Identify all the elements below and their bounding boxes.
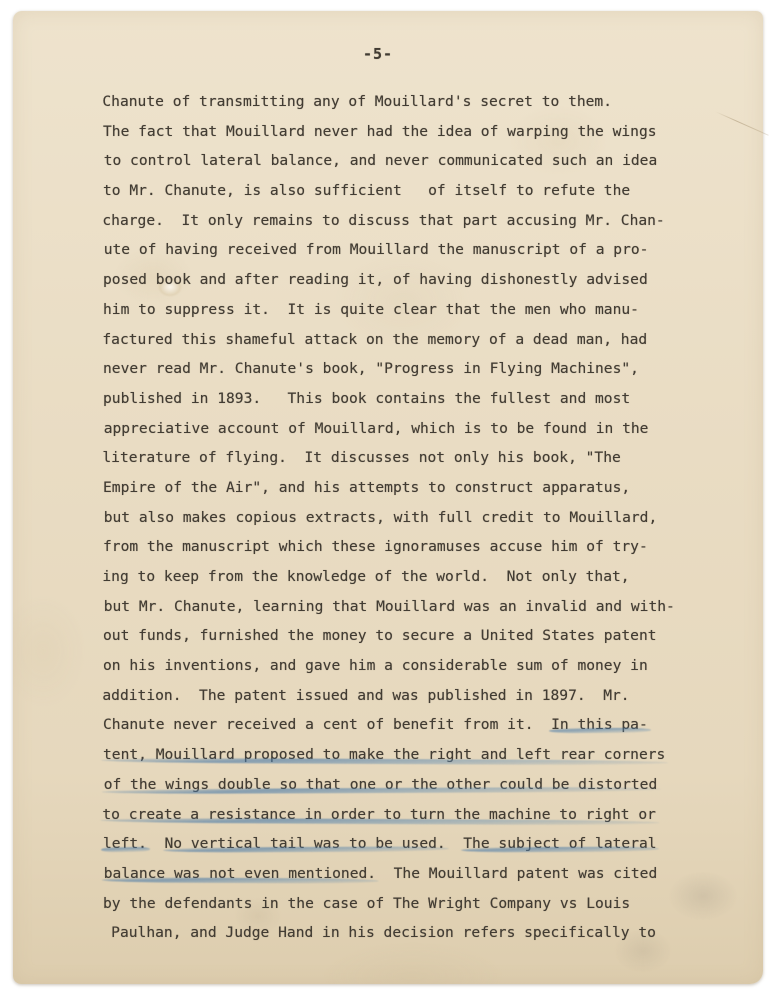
underlined-text-segment: In this pa- (551, 716, 648, 733)
document-line: Empire of the Air", and his attempts to … (103, 473, 703, 503)
document-page: -5- Chanute of transmitting any of Mouil… (13, 11, 763, 984)
document-line: tent, Mouillard proposed to make the rig… (103, 740, 703, 770)
underlined-text-segment: of the wings double so that one or the o… (104, 776, 658, 793)
document-line: appreciative account of Mouillard, which… (104, 414, 704, 444)
text-segment: factured this shameful attack on the mem… (102, 331, 647, 348)
text-segment: out funds, furnished the money to secure… (103, 627, 657, 644)
document-line: Paulhan, and Judge Hand in his decision … (102, 918, 702, 948)
text-segment: Empire of the Air", and his attempts to … (103, 479, 630, 496)
text-segment: him to suppress it. It is quite clear th… (103, 301, 639, 318)
underlined-text-segment: to create a resistance in order to turn … (102, 806, 656, 823)
text-segment: from the manuscript which these ignoramu… (103, 538, 648, 555)
text-segment: appreciative account of Mouillard, which… (104, 420, 649, 437)
text-segment: literature of flying. It discusses not o… (102, 449, 620, 466)
text-segment: to Mr. Chanute, is also sufficient of it… (103, 182, 630, 199)
text-segment: ing to keep from the knowledge of the wo… (102, 568, 629, 585)
document-line: left. No vertical tail was to be used. T… (103, 829, 703, 859)
document-line: to create a resistance in order to turn … (102, 800, 702, 830)
text-segment: Paulhan, and Judge Hand in his decision … (102, 924, 656, 941)
underlined-text-segment: balance was not even mentioned. (104, 865, 376, 882)
document-line: to Mr. Chanute, is also sufficient of it… (103, 176, 703, 206)
document-line: published in 1893. This book contains th… (103, 384, 703, 414)
document-line: on his inventions, and gave him a consid… (103, 651, 703, 681)
document-line: from the manuscript which these ignoramu… (103, 532, 703, 562)
document-line: Chanute of transmitting any of Mouillard… (102, 87, 702, 117)
text-segment: The fact that Mouillard never had the id… (103, 123, 657, 140)
document-line: posed book and after reading it, of havi… (103, 265, 703, 295)
text-segment: but also makes copious extracts, with fu… (104, 509, 658, 526)
underlined-text-segment: left. (103, 835, 147, 852)
document-line: of the wings double so that one or the o… (104, 770, 704, 800)
underlined-text-segment: No vertical tail was to be used. (165, 835, 446, 852)
document-line: balance was not even mentioned. The Moui… (104, 859, 704, 889)
document-line: charge. It only remains to discuss that … (102, 206, 702, 236)
document-line: Chanute never received a cent of benefit… (103, 710, 703, 740)
document-line: ute of having received from Mouillard th… (104, 235, 704, 265)
text-segment: posed book and after reading it, of havi… (103, 271, 648, 288)
document-line: out funds, furnished the money to secure… (103, 621, 703, 651)
text-segment: on his inventions, and gave him a consid… (103, 657, 648, 674)
text-segment: to control lateral balance, and never co… (104, 152, 658, 169)
document-line: but also makes copious extracts, with fu… (104, 503, 704, 533)
text-segment (147, 835, 165, 852)
text-segment: Chanute never received a cent of benefit… (103, 716, 551, 733)
document-line: him to suppress it. It is quite clear th… (103, 295, 703, 325)
document-body: Chanute of transmitting any of Mouillard… (103, 87, 703, 948)
document-line: by the defendants in the case of The Wri… (103, 889, 703, 919)
document-line: but Mr. Chanute, learning that Mouillard… (104, 592, 704, 622)
text-segment: ute of having received from Mouillard th… (104, 241, 649, 258)
document-line: addition. The patent issued and was publ… (102, 681, 702, 711)
text-segment: but Mr. Chanute, learning that Mouillard… (104, 598, 675, 615)
document-line: The fact that Mouillard never had the id… (103, 117, 703, 147)
scan-background: -5- Chanute of transmitting any of Mouil… (0, 0, 776, 1000)
underlined-text-segment: The subject of lateral (463, 835, 656, 852)
text-segment: charge. It only remains to discuss that … (102, 212, 664, 229)
text-segment: by the defendants in the case of The Wri… (103, 895, 630, 912)
text-segment: The Mouillard patent was cited (376, 865, 657, 882)
underlined-text-segment: tent, Mouillard proposed to make the rig… (103, 746, 665, 763)
text-segment (446, 835, 464, 852)
document-line: factured this shameful attack on the mem… (102, 325, 702, 355)
text-segment: Chanute of transmitting any of Mouillard… (102, 93, 612, 110)
document-line: never read Mr. Chanute's book, "Progress… (103, 354, 703, 384)
text-segment: never read Mr. Chanute's book, "Progress… (103, 360, 639, 377)
document-line: to control lateral balance, and never co… (104, 146, 704, 176)
page-number: -5- (335, 45, 421, 63)
text-segment: addition. The patent issued and was publ… (102, 687, 629, 704)
paper-crease (715, 111, 768, 136)
document-line: ing to keep from the knowledge of the wo… (102, 562, 702, 592)
document-line: literature of flying. It discusses not o… (102, 443, 702, 473)
text-segment: published in 1893. This book contains th… (103, 390, 630, 407)
